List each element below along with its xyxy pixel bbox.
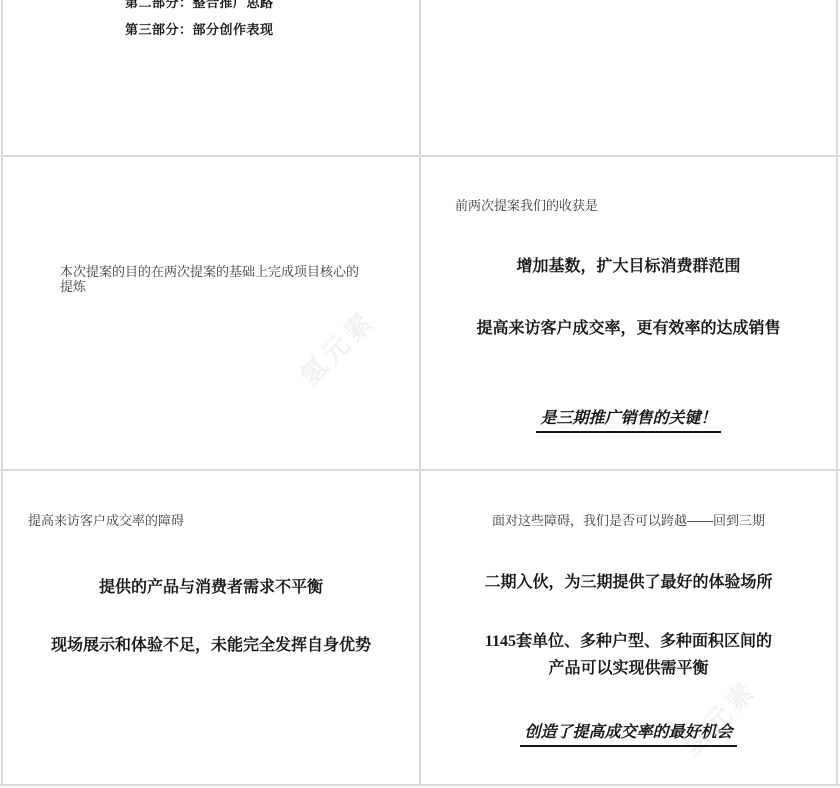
- gains-point2: 提高来访客户成交率，更有效率的达成销售: [421, 319, 836, 339]
- crossing-emphasis: 创造了提高成交率的最好机会: [421, 719, 836, 747]
- grid-line-horizontal-bottom: [0, 784, 840, 786]
- slide-preview-grid: 第二部分：整合推广思路 第三部分：部分创作表现 本次提案的目的在两次提案的基础上…: [0, 0, 840, 788]
- obstacles-point1: 提供的产品与消费者需求不平衡: [3, 578, 419, 598]
- part3-heading: 第三部分：部分创作表现: [125, 19, 274, 38]
- proposal-goal-body: 本次提案的目的在两次提案的基础上完成项目核心的提炼: [60, 264, 367, 294]
- crossing-point2-line2: 产品可以实现供需平衡: [548, 660, 708, 677]
- slide-thumbnail-proposal-goal[interactable]: 本次提案的目的在两次提案的基础上完成项目核心的提炼: [3, 157, 419, 469]
- gains-emphasis: 是三期推广销售的关键！: [421, 405, 836, 433]
- grid-line-vertical-right: [836, 0, 838, 785]
- slide-thumbnail-crossing[interactable]: 面对这些障碍，我们是否可以跨越——回到三期 二期入伙，为三期提供了最好的体验场所…: [421, 471, 836, 784]
- obstacles-point2: 现场展示和体验不足，未能完全发挥自身优势: [3, 636, 419, 656]
- crossing-point1: 二期入伙，为三期提供了最好的体验场所: [421, 573, 836, 593]
- slide-thumbnail-empty[interactable]: [421, 0, 836, 155]
- slide-thumbnail-obstacles[interactable]: 提高来访客户成交率的障碍 提供的产品与消费者需求不平衡 现场展示和体验不足，未能…: [3, 471, 419, 784]
- crossing-point2-rest: 套单位、多种户型、多种面积区间的: [516, 633, 772, 650]
- obstacles-intro: 提高来访客户成交率的障碍: [28, 513, 184, 528]
- slide-thumbnail-part-list[interactable]: 第二部分：整合推广思路 第三部分：部分创作表现: [3, 0, 419, 155]
- gains-point1: 增加基数，扩大目标消费群范围: [421, 257, 836, 277]
- crossing-emphasis-text: 创造了提高成交率的最好机会: [520, 719, 736, 747]
- gains-emphasis-text: 是三期推广销售的关键！: [536, 405, 720, 433]
- crossing-intro: 面对这些障碍，我们是否可以跨越——回到三期: [421, 513, 836, 528]
- crossing-point2-number: 1145: [485, 633, 516, 650]
- gains-intro: 前两次提案我们的收获是: [455, 198, 598, 213]
- slide-thumbnail-gains[interactable]: 前两次提案我们的收获是 增加基数，扩大目标消费群范围 提高来访客户成交率，更有效…: [421, 157, 836, 469]
- part2-heading-clipped: 第二部分：整合推广思路: [125, 0, 274, 11]
- crossing-point2: 1145套单位、多种户型、多种面积区间的 产品可以实现供需平衡: [421, 628, 836, 682]
